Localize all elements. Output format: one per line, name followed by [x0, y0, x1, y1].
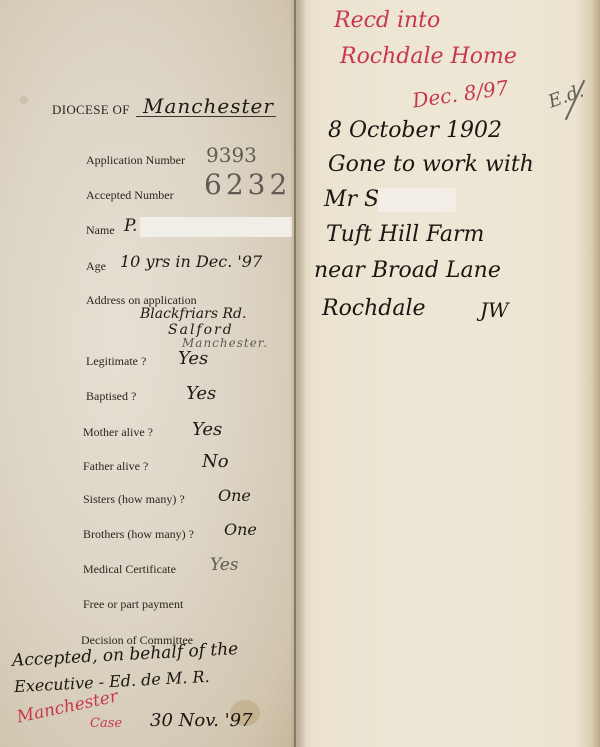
age-value: 10 yrs in Dec. '97 [120, 252, 262, 271]
payment-label: Free or part payment [83, 597, 183, 612]
brothers-value: One [224, 520, 257, 539]
black-note-line-3: Mr S. [324, 187, 385, 212]
accepted-number-label: Accepted Number [86, 188, 174, 203]
sisters-value: One [218, 486, 251, 505]
legitimate-label: Legitimate ? [86, 354, 146, 369]
name-label: Name [86, 223, 115, 238]
black-note-line-2: Gone to work with [328, 152, 534, 177]
name-value: P. [124, 216, 137, 236]
red-stamp-line-2: Case [90, 716, 122, 731]
medical-certificate-value: Yes [210, 555, 239, 575]
diocese-label: DIOCESE OF [52, 102, 130, 118]
red-note-line-1: Recd into [334, 8, 440, 33]
mother-alive-value: Yes [192, 419, 222, 440]
redacted-employer-name [378, 188, 456, 212]
baptised-value: Yes [186, 383, 216, 404]
mother-alive-label: Mother alive ? [83, 425, 153, 440]
address-line-1: Blackfriars Rd. [140, 306, 246, 322]
father-alive-value: No [202, 451, 229, 472]
decision-date: 30 Nov. '97 [150, 710, 253, 731]
stain [20, 96, 28, 104]
accepted-number-value: 6232 [204, 168, 291, 201]
diocese-underline [136, 116, 276, 117]
medical-certificate-label: Medical Certificate [83, 562, 176, 577]
black-note-line-1: 8 October 1902 [328, 118, 502, 143]
red-note-line-2: Rochdale Home [340, 44, 517, 69]
application-number-label: Application Number [86, 153, 185, 168]
black-note-line-5: near Broad Lane [314, 258, 501, 283]
age-label: Age [86, 259, 106, 274]
black-note-line-6: Rochdale [322, 296, 426, 321]
application-number-value: 9393 [206, 143, 257, 167]
black-note-initials: JW [480, 298, 509, 322]
red-note-line-3: Dec. 8/97 [411, 75, 510, 112]
right-page: Recd into Rochdale Home Dec. 8/97 E.d. 8… [296, 0, 600, 747]
brothers-label: Brothers (how many) ? [83, 527, 194, 542]
legitimate-value: Yes [178, 348, 208, 369]
black-note-line-4: Tuft Hill Farm [326, 222, 484, 247]
redacted-name [140, 217, 292, 237]
left-page: DIOCESE OF Manchester Application Number… [0, 0, 296, 747]
father-alive-label: Father alive ? [83, 459, 148, 474]
page-gutter [290, 0, 306, 747]
sisters-label: Sisters (how many) ? [83, 492, 185, 507]
baptised-label: Baptised ? [86, 389, 136, 404]
diocese-value: Manchester [143, 94, 274, 118]
